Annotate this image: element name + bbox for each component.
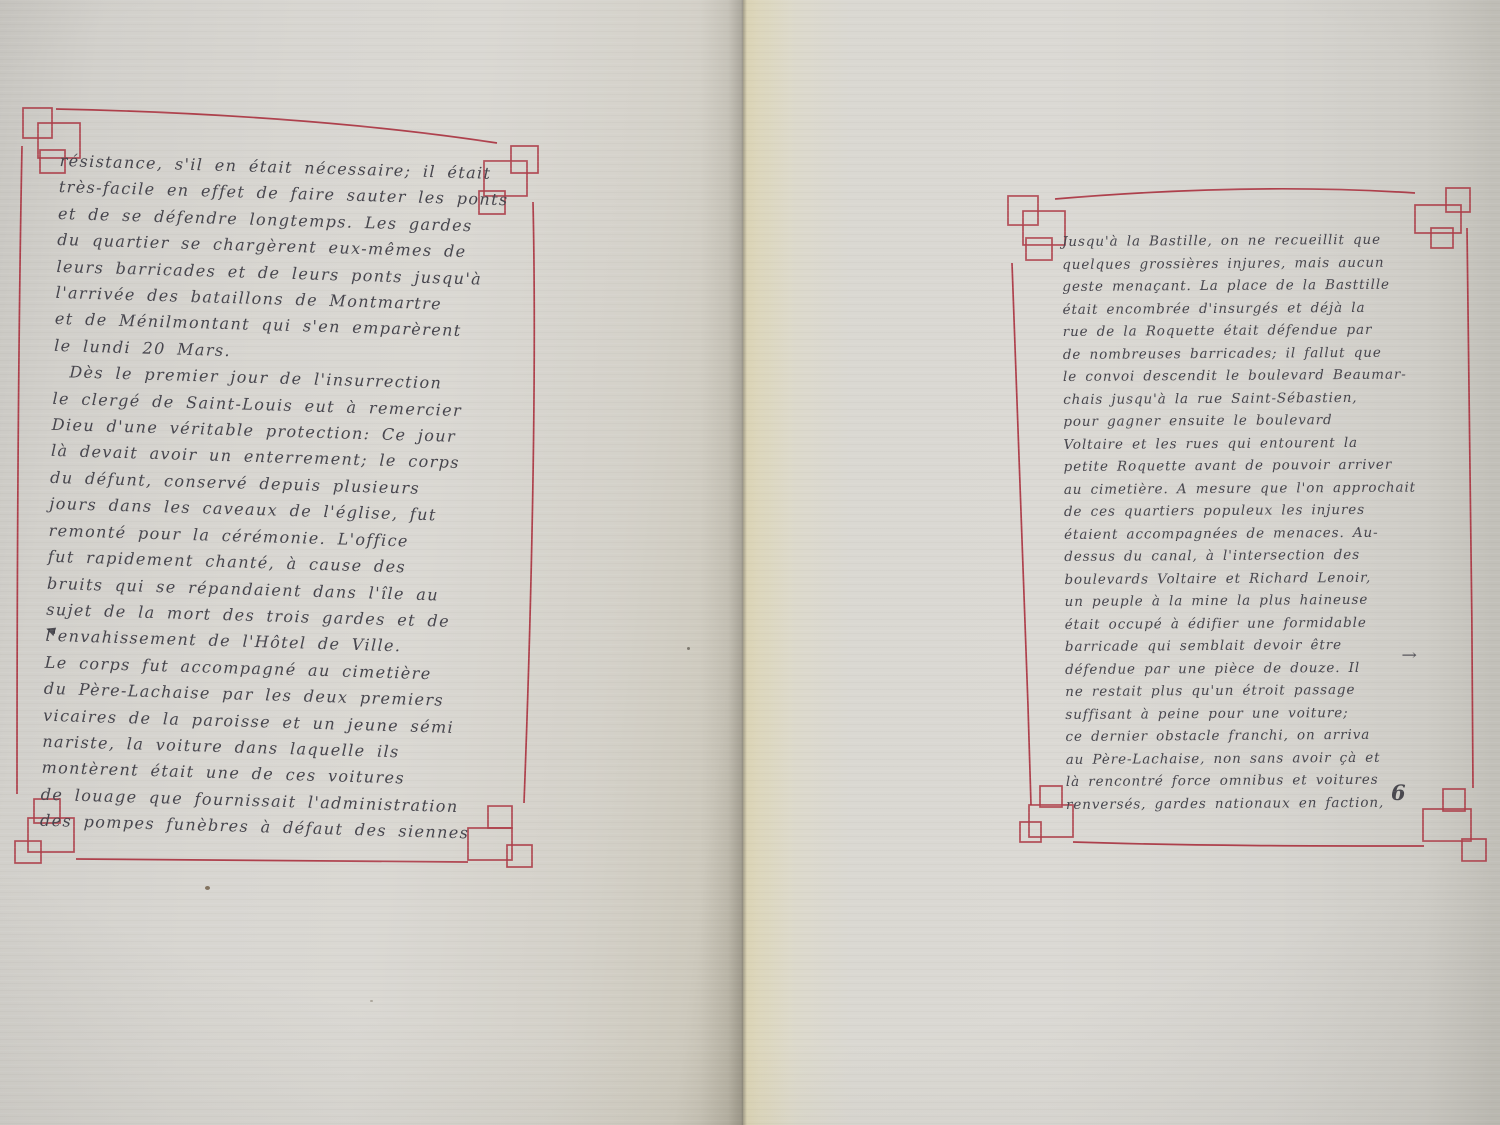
handwritten-line: petite Roquette avant de pouvoir arriver [1064,454,1416,479]
insertion-arrow-mark: → [1401,646,1417,664]
frame-right-border [524,202,534,803]
corner-ornament-bottom-right [1423,789,1486,861]
left-page: résistance, s'il en était nécessaire; il… [0,0,743,1125]
paper-speck [205,886,210,890]
frame-left-border [1012,263,1031,805]
handwritten-line: ce dernier obstacle franchi, on arriva [1065,724,1417,749]
frame-bottom-border [76,859,468,862]
handwritten-line: barricade qui semblait devoir être [1065,634,1417,659]
handwritten-line: dessus du canal, à l'intersection des [1064,544,1416,569]
handwritten-line: était occupé à édifier une formidable [1065,611,1417,636]
handwritten-line: Jusqu'à la Bastille, on ne recueillit qu… [1062,229,1414,254]
right-page: Jusqu'à la Bastille, on ne recueillit qu… [743,0,1500,1125]
frame-right-border [1467,228,1473,788]
paper-speck [687,647,690,650]
handwritten-line: Voltaire et les rues qui entourent la [1063,431,1415,456]
handwritten-line: de nombreuses barricades; il fallut que [1063,341,1415,366]
paper-speck [370,1000,373,1002]
handwritten-line: pour gagner ensuite le boulevard [1063,409,1415,434]
handwritten-line: geste menaçant. La place de la Basttille [1062,274,1414,299]
corner-ornament-top-left [1008,196,1065,260]
handwritten-line: suffisant à peine pour une voiture; [1065,701,1417,726]
handwritten-line: quelques grossières injures, mais aucun [1062,251,1414,276]
handwritten-line: le convoi descendit le boulevard Beaumar… [1063,364,1415,389]
frame-left-border [17,146,22,794]
handwritten-line: là rencontré force omnibus et voitures [1066,769,1418,794]
handwritten-line: rue de la Roquette était défendue par [1063,319,1415,344]
book-photo: résistance, s'il en était nécessaire; il… [0,0,1500,1125]
right-page-text: Jusqu'à la Bastille, on ne recueillit qu… [1062,229,1418,816]
handwritten-line: de ces quartiers populeux les injures [1064,499,1416,524]
left-page-text: résistance, s'il en était nécessaire; il… [40,148,510,848]
handwritten-line: chais jusqu'à la rue Saint-Sébastien, [1063,386,1415,411]
frame-top-border [56,109,497,143]
handwritten-line: boulevards Voltaire et Richard Lenoir, [1064,566,1416,591]
frame-bottom-border [1073,842,1424,846]
handwritten-line: ne restait plus qu'un étroit passage [1065,679,1417,704]
handwritten-line: étaient accompagnées de menaces. Au- [1064,521,1416,546]
handwritten-line: au Père-Lachaise, non sans avoir çà et [1066,746,1418,771]
handwritten-line: défendue par une pièce de douze. Il [1065,656,1417,681]
handwritten-line: un peuple à la mine la plus haineuse [1065,589,1417,614]
handwritten-line: au cimetière. A mesure que l'on approcha… [1064,476,1416,501]
corner-ornament-top-right [1415,188,1470,248]
handwritten-page-number: 6 [1391,780,1406,805]
frame-top-border [1055,189,1415,199]
handwritten-line: était encombrée d'insurgés et déjà la [1062,296,1414,321]
handwritten-line: renversés, gardes nationaux en faction, [1066,791,1418,816]
